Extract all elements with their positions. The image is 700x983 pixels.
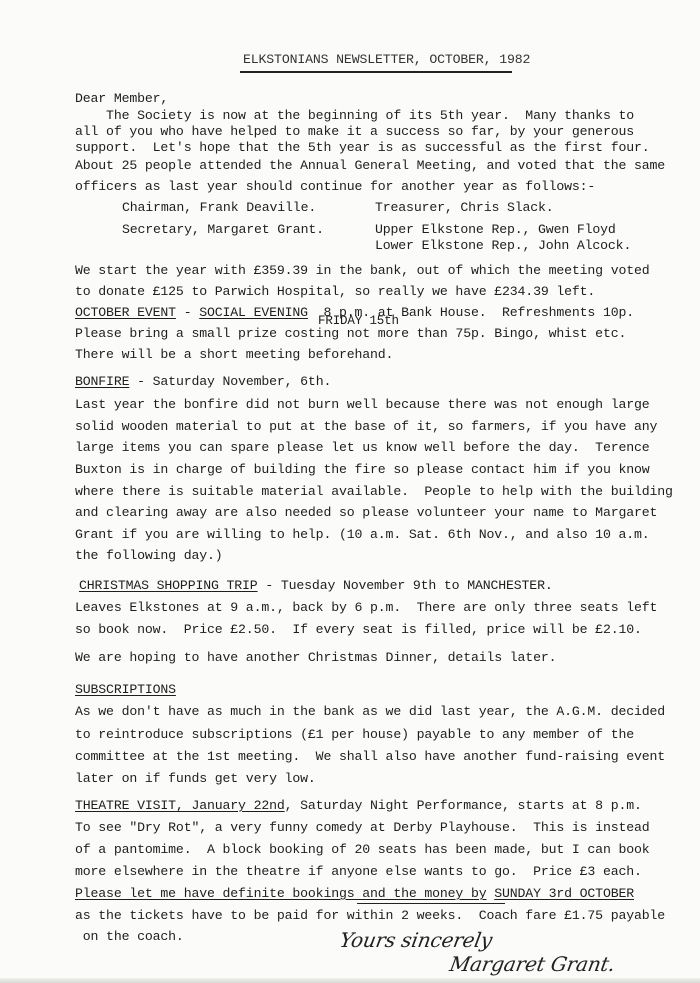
subscriptions-line: committee at the 1st meeting. We shall a… [75,749,665,765]
page-edge [0,978,700,983]
subscriptions-line: to reintroduce subscriptions (£1 per hou… [75,727,634,743]
subscriptions-heading: SUBSCRIPTIONS [75,682,176,698]
bonfire-line: Buxton is in charge of building the fire… [75,462,650,478]
bonfire-heading: BONFIRE - Saturday November, 6th. [75,374,331,390]
theatre-line: on the coach. [75,929,184,945]
officer-treasurer: Treasurer, Chris Slack. [375,200,554,216]
christmas-dinner-line: We are hoping to have another Christmas … [75,650,556,666]
theatre-line: as the tickets have to be paid for withi… [75,908,665,924]
finance-line: to donate £125 to Parwich Hospital, so r… [75,284,595,300]
theatre-heading: THEATRE VISIT, January 22nd, Saturday Ni… [75,798,642,814]
officer-lower-rep: Lower Elkstone Rep., John Alcock. [375,238,631,254]
intro-line: The Society is now at the beginning of i… [75,108,634,124]
bonfire-line: large items you can spare please let us … [75,440,650,456]
theatre-line: of a pantomime. A block booking of 20 se… [75,842,650,858]
theatre-line: more elsewhere in the theatre if anyone … [75,864,642,880]
finance-line: We start the year with £359.39 in the ba… [75,263,650,279]
bonfire-line: where there is suitable material availab… [75,484,673,500]
salutation: Dear Member, [75,91,168,107]
agm-line: About 25 people attended the Annual Gene… [75,158,665,174]
double-underline [357,903,505,904]
shopping-trip-line: Leaves Elkstones at 9 a.m., back by 6 p.… [75,600,657,616]
subscriptions-line: later on if funds get very low. [75,771,316,787]
theatre-line: To see "Dry Rot", a very funny comedy at… [75,820,650,836]
officer-upper-rep: Upper Elkstone Rep., Gwen Floyd [375,222,616,238]
agm-line: officers as last year should continue fo… [75,179,595,195]
shopping-trip-heading: CHRISTMAS SHOPPING TRIP - Tuesday Novemb… [79,578,553,594]
bonfire-line: solid wooden material to put at the base… [75,419,657,435]
newsletter-page: ELKSTONIANS NEWSLETTER, OCTOBER, 1982 De… [0,0,700,983]
bonfire-line: the following day.) [75,548,223,564]
theatre-deadline: Please let me have definite bookings and… [75,886,634,902]
title-underline [240,71,512,73]
newsletter-title: ELKSTONIANS NEWSLETTER, OCTOBER, 1982 [243,52,530,68]
bonfire-line: and clearing away are also needed so ple… [75,505,657,521]
october-event-line: There will be a short meeting beforehand… [75,347,393,363]
shopping-trip-line: so book now. Price £2.50. If every seat … [75,622,642,638]
officer-secretary: Secretary, Margaret Grant. [122,222,324,238]
bonfire-line: Last year the bonfire did not burn well … [75,397,650,413]
social-evening-label: SOCIAL EVENING [199,305,308,320]
intro-line: all of you who have helped to make it a … [75,124,634,140]
intro-line: support. Let's hope that the 5th year is… [75,140,650,156]
signoff: Yours sincerely [338,928,494,952]
deadline-date: SUNDAY 3rd OCTOBER [494,886,634,901]
october-event-line: Please bring a small prize costing not m… [75,326,626,342]
bonfire-line: Grant if you are willing to help. (10 a.… [75,527,650,543]
october-event-label: OCTOBER EVENT [75,305,176,320]
subscriptions-line: As we don't have as much in the bank as … [75,704,665,720]
signature: Margaret Grant. [448,952,617,976]
officer-chairman: Chairman, Frank Deaville. [122,200,316,216]
